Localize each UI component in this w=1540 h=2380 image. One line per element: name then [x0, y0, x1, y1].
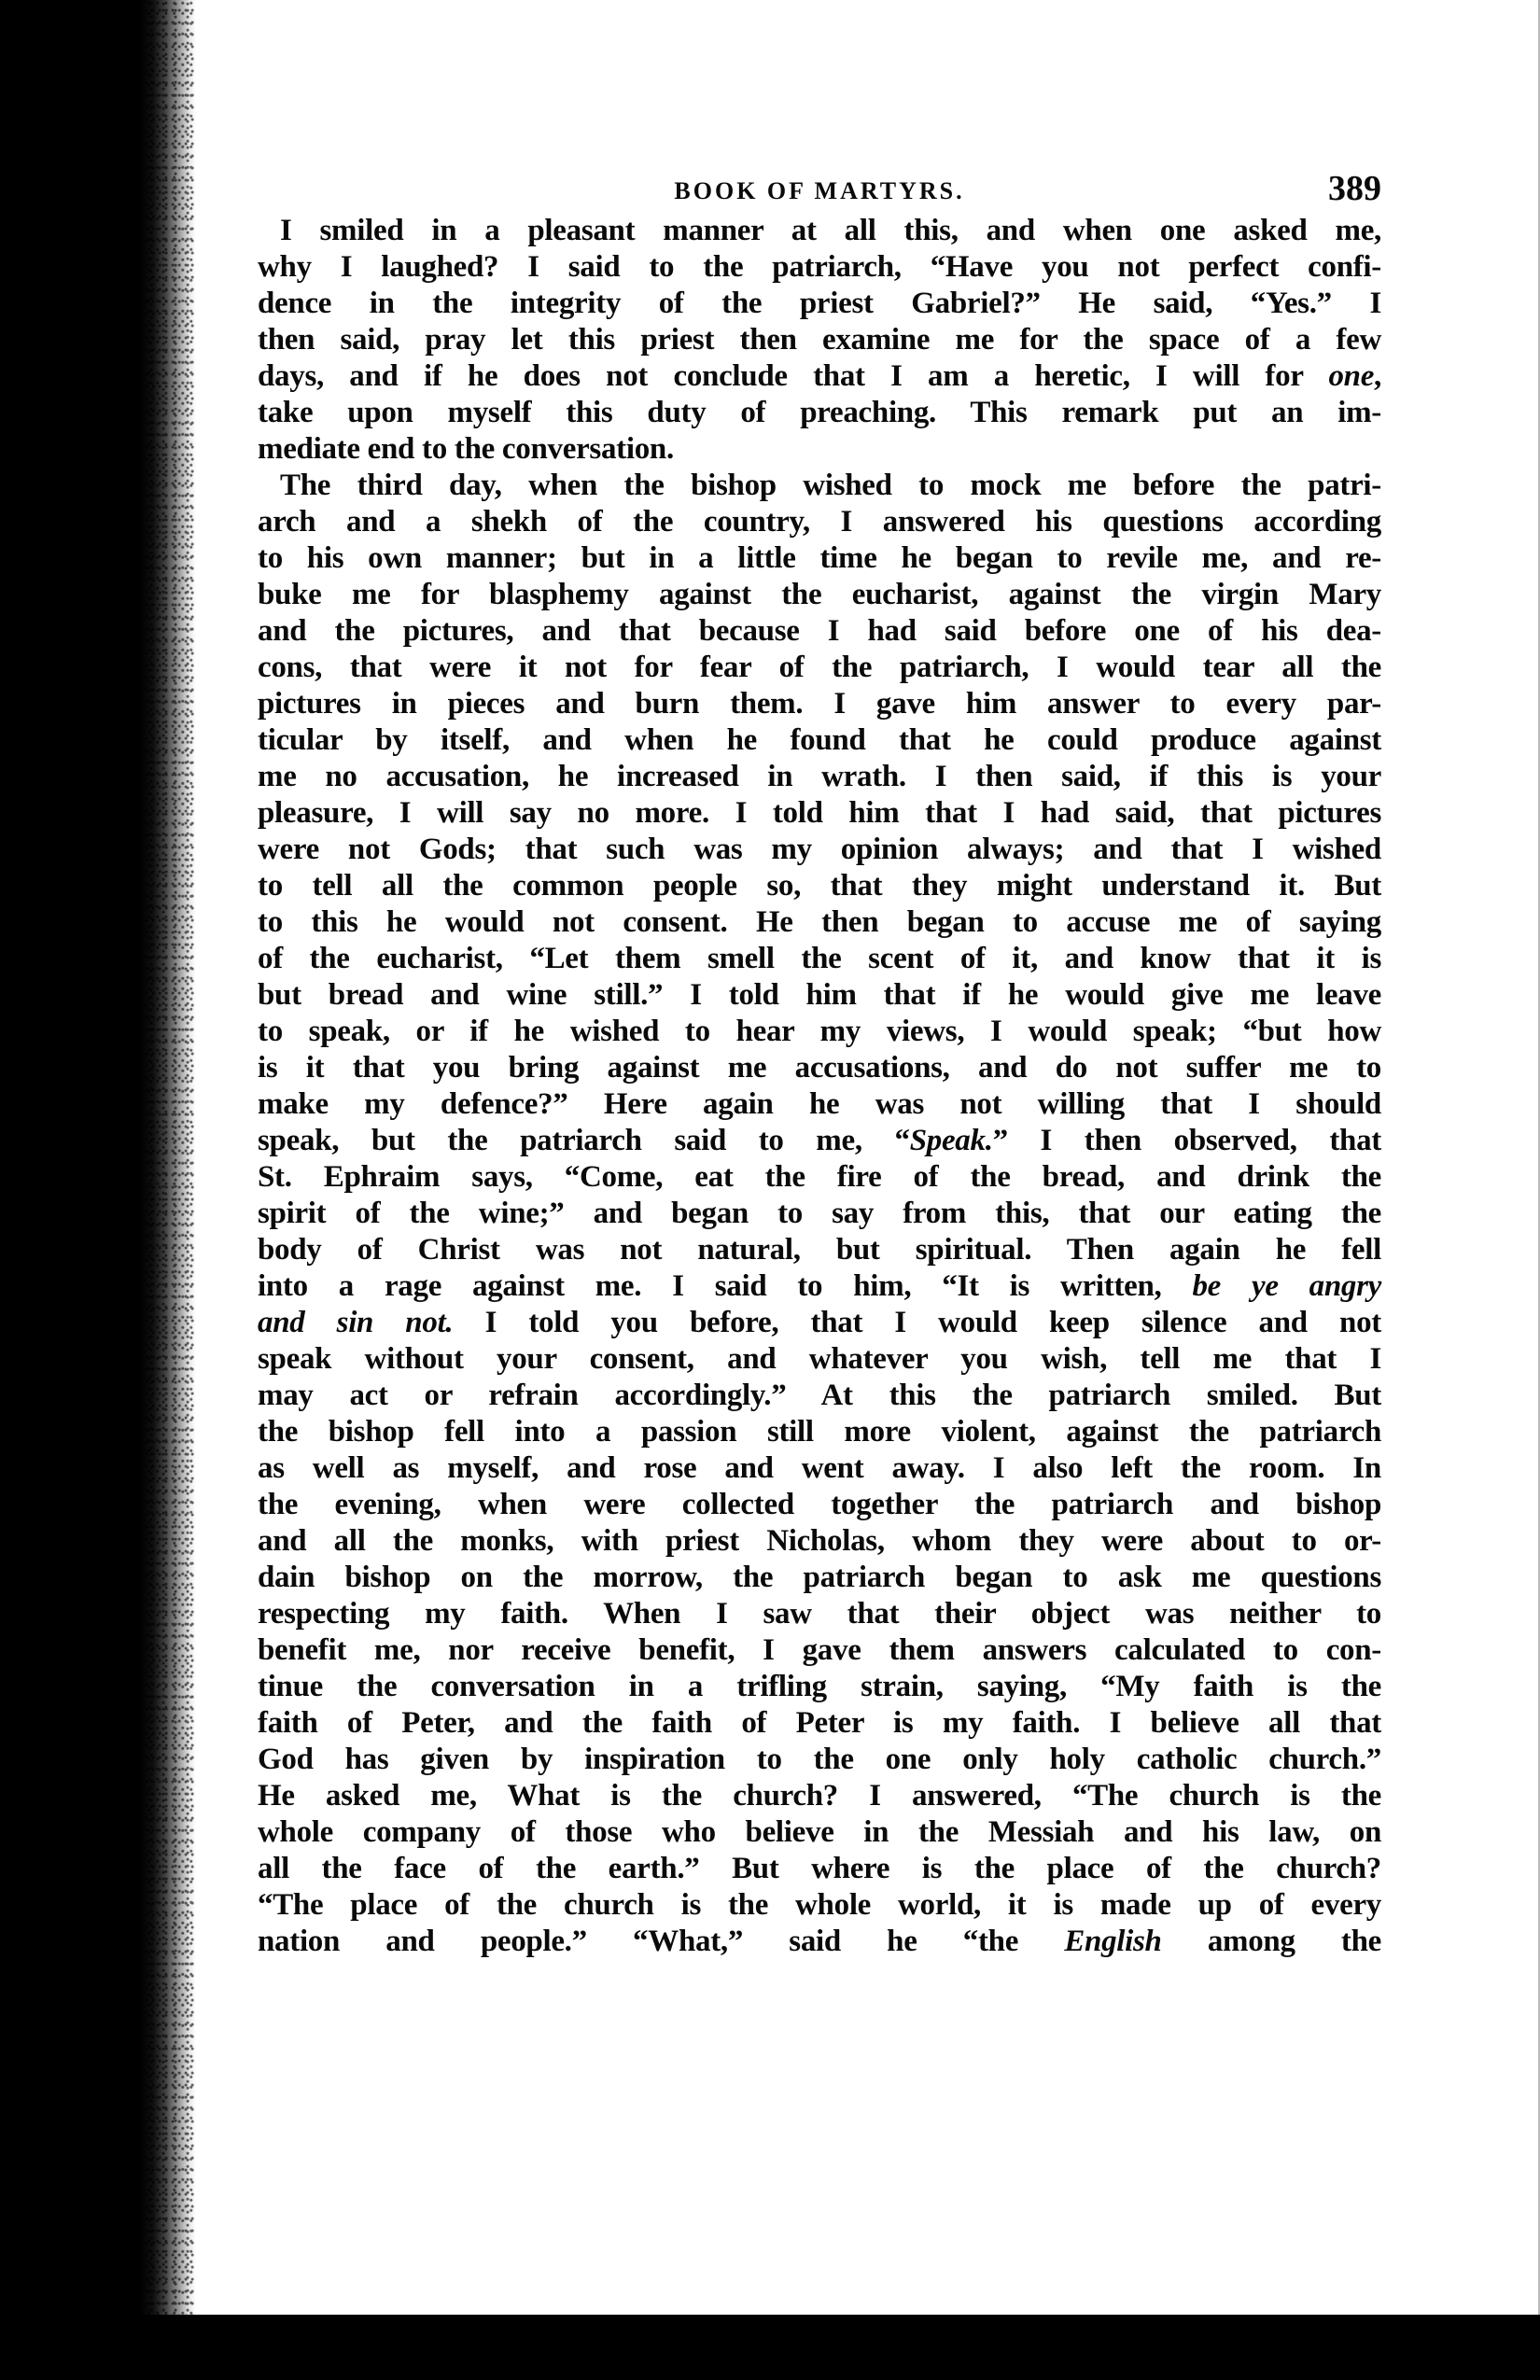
- text-line: all the face of the earth.” But where is…: [258, 1851, 1381, 1887]
- text-line: to his own manner; but in a little time …: [258, 540, 1381, 577]
- line-text: speak, but the patriarch said to me, “: [258, 1124, 910, 1157]
- line-text: nation and people.” “What,” said he “the: [258, 1925, 1064, 1958]
- text-line: spirit of the wine;” and began to say fr…: [258, 1196, 1381, 1232]
- page-number: 389: [1328, 168, 1381, 209]
- text-line: then said, pray let this priest then exa…: [258, 322, 1381, 358]
- text-line: benefit me, nor receive benefit, I gave …: [258, 1632, 1381, 1669]
- text-line: mediate end to the conversation.: [258, 431, 1381, 468]
- line-text: ” I then observed, that: [993, 1124, 1381, 1157]
- text-line: me no accusation, he increased in wrath.…: [258, 759, 1381, 795]
- text-line: into a rage against me. I said to him, “…: [258, 1268, 1381, 1305]
- line-text: ,: [1374, 359, 1381, 393]
- scan-bottom-border: [0, 2315, 1540, 2380]
- italic-text: Speak.: [910, 1124, 993, 1157]
- text-line: dain bishop on the morrow, the patriarch…: [258, 1560, 1381, 1596]
- text-line: why I laughed? I said to the patriarch, …: [258, 249, 1381, 286]
- text-line: speak, but the patriarch said to me, “Sp…: [258, 1123, 1381, 1159]
- text-line: He asked me, What is the church? I answe…: [258, 1778, 1381, 1814]
- italic-text: and sin not.: [258, 1306, 453, 1339]
- text-line: St. Ephraim says, “Come, eat the fire of…: [258, 1159, 1381, 1196]
- text-line: tinue the conversation in a trifling str…: [258, 1669, 1381, 1705]
- text-line: make my defence?” Here again he was not …: [258, 1086, 1381, 1123]
- text-line: pleasure, I will say no more. I told him…: [258, 795, 1381, 832]
- text-line: take upon myself this duty of preaching.…: [258, 395, 1381, 431]
- running-head: BOOK OF MARTYRS. 389: [258, 168, 1381, 205]
- line-text: I told you before, that I would keep sil…: [453, 1306, 1381, 1339]
- text-line: of the eucharist, “Let them smell the sc…: [258, 941, 1381, 977]
- text-line: dence in the integrity of the priest Gab…: [258, 286, 1381, 322]
- text-line: “The place of the church is the whole wo…: [258, 1887, 1381, 1924]
- text-line: body of Christ was not natural, but spir…: [258, 1232, 1381, 1268]
- text-line: the bishop fell into a passion still mor…: [258, 1414, 1381, 1450]
- text-line: I smiled in a pleasant manner at all thi…: [258, 213, 1381, 249]
- text-line: were not Gods; that such was my opinion …: [258, 832, 1381, 868]
- italic-text: English: [1064, 1925, 1161, 1958]
- text-line: nation and people.” “What,” said he “the…: [258, 1924, 1381, 1960]
- binding-edge-noise: [131, 0, 196, 2315]
- text-line: to this he would not consent. He then be…: [258, 904, 1381, 941]
- running-title: BOOK OF MARTYRS.: [258, 177, 1381, 205]
- text-line: The third day, when the bishop wished to…: [258, 468, 1381, 504]
- text-line: to speak, or if he wished to hear my vie…: [258, 1014, 1381, 1050]
- text-line: speak without your consent, and whatever…: [258, 1341, 1381, 1378]
- line-text: among the: [1162, 1925, 1381, 1958]
- italic-text: be ye angry: [1192, 1269, 1381, 1303]
- text-line: buke me for blasphemy against the euchar…: [258, 577, 1381, 613]
- text-line: whole company of those who believe in th…: [258, 1814, 1381, 1851]
- text-line: is it that you bring against me accusati…: [258, 1050, 1381, 1086]
- text-line: arch and a shekh of the country, I answe…: [258, 504, 1381, 540]
- text-line: God has given by inspiration to the one …: [258, 1742, 1381, 1778]
- text-line: faith of Peter, and the faith of Peter i…: [258, 1705, 1381, 1742]
- text-line: and all the monks, with priest Nicholas,…: [258, 1523, 1381, 1560]
- text-line: may act or refrain accordingly.” At this…: [258, 1378, 1381, 1414]
- italic-text: one: [1328, 359, 1374, 393]
- text-line: and the pictures, and that because I had…: [258, 613, 1381, 650]
- text-line: and sin not. I told you before, that I w…: [258, 1305, 1381, 1341]
- line-text: days, and if he does not conclude that I…: [258, 359, 1328, 393]
- body-text: I smiled in a pleasant manner at all thi…: [258, 213, 1381, 1960]
- text-line: days, and if he does not conclude that I…: [258, 358, 1381, 395]
- text-line: pictures in pieces and burn them. I gave…: [258, 686, 1381, 722]
- text-line: ticular by itself, and when he found tha…: [258, 722, 1381, 759]
- text-line: to tell all the common people so, that t…: [258, 868, 1381, 904]
- text-line: as well as myself, and rose and went awa…: [258, 1450, 1381, 1487]
- text-line: respecting my faith. When I saw that the…: [258, 1596, 1381, 1632]
- text-line: cons, that were it not for fear of the p…: [258, 650, 1381, 686]
- text-line: but bread and wine still.” I told him th…: [258, 977, 1381, 1014]
- text-line: the evening, when were collected togethe…: [258, 1487, 1381, 1523]
- line-text: into a rage against me. I said to him, “…: [258, 1269, 1192, 1303]
